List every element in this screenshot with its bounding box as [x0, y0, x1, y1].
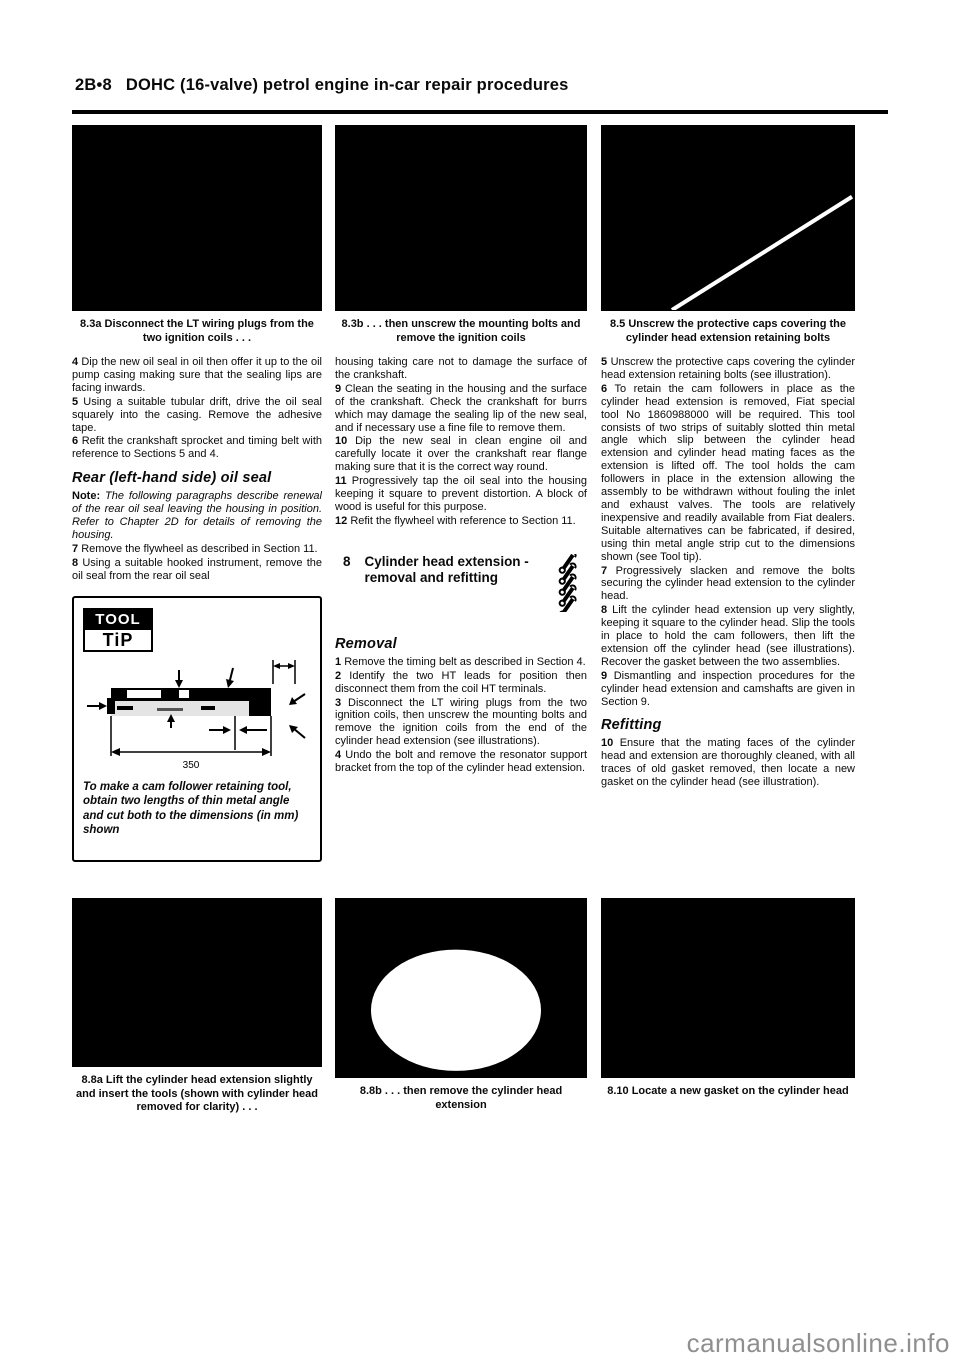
- heading-rear-oil-seal: Rear (left-hand side) oil seal: [72, 470, 322, 486]
- page-number: 2B•8: [75, 76, 112, 94]
- manual-page: 2B•8DOHC (16-valve) petrol engine in-car…: [0, 0, 960, 1362]
- paragraph-4b: 4 Undo the bolt and remove the resonator…: [335, 749, 587, 775]
- paragraph-4: 4 Dip the new oil seal in oil then offer…: [72, 356, 322, 395]
- bottom-middle-cell: 8.8b . . . then remove the cylinder head…: [335, 898, 587, 1123]
- paragraph-r10: 10 Ensure that the mating faces of the c…: [601, 737, 855, 789]
- section-title: Cylinder head extension - removal and re…: [365, 554, 533, 587]
- caption-8-8b: 8.8b . . . then remove the cylinder head…: [337, 1085, 585, 1112]
- photo-8-8b: [335, 898, 587, 1078]
- tool-tip-badge-bottom: TiP: [85, 630, 151, 650]
- note-paragraph: Note: The following paragraphs describe …: [72, 490, 322, 542]
- left-column: 8.3a Disconnect the LT wiring plugs from…: [72, 125, 322, 862]
- bottom-right-cell: 8.10 Locate a new gasket on the cylinder…: [601, 898, 855, 1110]
- paragraph-r5: 5 Unscrew the protective caps covering t…: [601, 356, 855, 382]
- heading-removal: Removal: [335, 636, 587, 652]
- caption-8-3b: 8.3b . . . then unscrew the mounting bol…: [337, 318, 585, 345]
- difficulty-spanners-icon: [551, 554, 585, 612]
- heading-refitting: Refitting: [601, 717, 855, 733]
- caption-8-10: 8.10 Locate a new gasket on the cylinder…: [603, 1085, 853, 1099]
- section-8-heading: 8 Cylinder head extension - removal and …: [335, 554, 587, 612]
- tool-tip-badge-top: TOOL: [85, 610, 151, 630]
- middle-column: 8.3b . . . then unscrew the mounting bol…: [335, 125, 587, 776]
- paragraph-10: 10 Dip the new seal in clean engine oil …: [335, 435, 587, 474]
- tool-dimension-label: 350: [183, 760, 200, 771]
- tool-tip-box: TOOL TiP: [72, 596, 322, 862]
- bottom-left-cell: 8.8a Lift the cylinder head extension sl…: [72, 898, 322, 1126]
- paragraph-1: 1 Remove the timing belt as described in…: [335, 656, 587, 669]
- caption-8-3a: 8.3a Disconnect the LT wiring plugs from…: [74, 318, 320, 345]
- watermark: carmanualsonline.info: [640, 1328, 950, 1359]
- paragraph-5: 5 Using a suitable tubular drift, drive …: [72, 396, 322, 435]
- paragraph-3: 3 Disconnect the LT wiring plugs from th…: [335, 697, 587, 749]
- page-title: DOHC (16-valve) petrol engine in-car rep…: [126, 76, 569, 94]
- header-rule: [72, 110, 888, 114]
- paragraph-continuation: housing taking care not to damage the su…: [335, 356, 587, 382]
- paragraph-7: 7 Remove the flywheel as described in Se…: [72, 543, 322, 556]
- paragraph-8: 8 Using a suitable hooked instrument, re…: [72, 557, 322, 583]
- photo-8-5-image: [602, 126, 854, 310]
- photo-8-8a: [72, 898, 322, 1067]
- tool-tip-diagram: 350: [83, 654, 311, 776]
- photo-8-5: [601, 125, 855, 311]
- paragraph-2: 2 Identify the two HT leads for position…: [335, 670, 587, 696]
- tool-tip-badge: TOOL TiP: [83, 608, 153, 652]
- paragraph-12: 12 Refit the flywheel with reference to …: [335, 515, 587, 528]
- photo-8-8b-image: [336, 899, 586, 1077]
- paragraph-r6: 6 To retain the cam followers in place a…: [601, 383, 855, 564]
- paragraph-6: 6 Refit the crankshaft sprocket and timi…: [72, 435, 322, 461]
- paragraph-9: 9 Clean the seating in the housing and t…: [335, 383, 587, 435]
- right-column: 8.5 Unscrew the protective caps covering…: [601, 125, 855, 790]
- photo-8-3b-image: [336, 126, 586, 310]
- caption-8-5: 8.5 Unscrew the protective caps covering…: [603, 318, 853, 345]
- photo-8-3b: [335, 125, 587, 311]
- paragraph-11: 11 Progressively tap the oil seal into t…: [335, 475, 587, 514]
- photo-8-3a-image: [73, 126, 321, 310]
- paragraph-r8: 8 Lift the cylinder head extension up ve…: [601, 604, 855, 669]
- paragraph-r7: 7 Progressively slacken and remove the b…: [601, 565, 855, 604]
- photo-8-8a-image: [73, 899, 321, 1066]
- photo-8-10-image: [602, 899, 854, 1077]
- photo-8-3a: [72, 125, 322, 311]
- paragraph-r9: 9 Dismantling and inspection procedures …: [601, 670, 855, 709]
- caption-8-8a: 8.8a Lift the cylinder head extension sl…: [74, 1074, 320, 1115]
- page-header: 2B•8DOHC (16-valve) petrol engine in-car…: [75, 76, 569, 95]
- tool-tip-caption: To make a cam follower retaining tool, o…: [83, 780, 311, 838]
- photo-8-10: [601, 898, 855, 1078]
- section-number: 8: [343, 554, 351, 571]
